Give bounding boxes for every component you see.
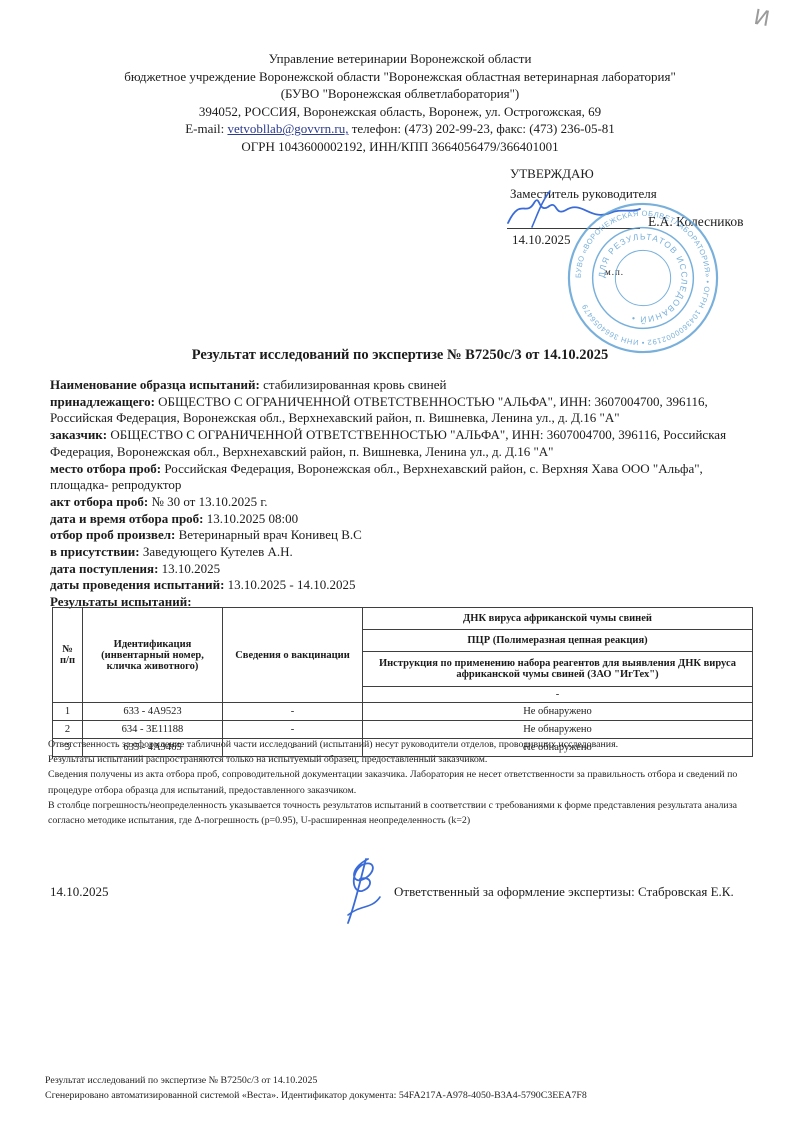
phone-fax: телефон: (473) 202-99-23, факс: (473) 23… <box>348 121 614 136</box>
detail-sampling-act: акт отбора проб: № 30 от 13.10.2025 г. <box>50 494 758 511</box>
result-header-disease: ДНК вируса африканской чумы свиней <box>363 608 753 630</box>
document-page: И Управление ветеринарии Воронежской обл… <box>0 0 800 1132</box>
detail-owner: принадлежащего: ОБЩЕСТВО С ОГРАНИЧЕННОЙ … <box>50 394 758 427</box>
footnote: Результаты испытаний распространяются то… <box>48 752 760 767</box>
org-full-name: бюджетное учреждение Воронежской области… <box>40 68 760 86</box>
detail-sample-name: Наименование образца испытаний: стабилиз… <box>50 377 758 394</box>
page-footer: Результат исследований по экспертизе № В… <box>45 1074 587 1103</box>
row-id: 634 - 3Е11188 <box>83 721 223 739</box>
stamp-ring-text: БУВО «ВОРОНЕЖСКАЯ ОБЛВЕТЛАБОРАТОРИЯ» • О… <box>574 209 713 347</box>
sample-details: Наименование образца испытаний: стабилиз… <box>50 377 758 611</box>
approval-title: УТВЕРЖДАЮ <box>510 166 594 182</box>
detail-sampling-place: место отбора проб: Российская Федерация,… <box>50 461 758 494</box>
result-header-dash: - <box>363 687 753 703</box>
footer-generated-by: Сгенерировано автоматизированной системо… <box>45 1089 587 1104</box>
responsible-signature <box>328 853 400 927</box>
footnote: Сведения получены из акта отбора проб, с… <box>48 767 760 797</box>
detail-received-date: дата поступления: 13.10.2025 <box>50 561 758 578</box>
footer-expertise-ref: Результат исследований по экспертизе № В… <box>45 1074 587 1089</box>
row-result: Не обнаружено <box>363 703 753 721</box>
org-authority: Управление ветеринарии Воронежской облас… <box>40 50 760 68</box>
col-header-vaccination: Сведения о вакцинации <box>223 608 363 703</box>
detail-customer: заказчик: ОБЩЕСТВО С ОГРАНИЧЕННОЙ ОТВЕТС… <box>50 427 758 460</box>
row-result: Не обнаружено <box>363 721 753 739</box>
row-vaccination: - <box>223 703 363 721</box>
row-vaccination: - <box>223 721 363 739</box>
svg-text:ДЛЯ РЕЗУЛЬТАТОВ ИССЛЕДОВАНИЙ •: ДЛЯ РЕЗУЛЬТАТОВ ИССЛЕДОВАНИЙ • <box>596 231 689 325</box>
org-address: 394052, РОССИЯ, Воронежская область, Вор… <box>40 103 760 121</box>
row-num: 1 <box>53 703 83 721</box>
organization-header: Управление ветеринарии Воронежской облас… <box>40 50 760 156</box>
stamp-middle-ring <box>593 228 694 329</box>
signature-stroke-2 <box>532 191 550 227</box>
result-header-method: ПЦР (Полимеразная цепная реакция) <box>363 630 753 652</box>
footnote: Ответственность за оформление табличной … <box>48 737 760 752</box>
result-header-instruction: Инструкция по применению набора реагенто… <box>363 652 753 687</box>
detail-sampler: отбор проб произвел: Ветеринарный врач К… <box>50 527 758 544</box>
handwritten-corner-mark: И <box>752 5 772 31</box>
row-num: 2 <box>53 721 83 739</box>
stamp-inner-text: ДЛЯ РЕЗУЛЬТАТОВ ИССЛЕДОВАНИЙ • <box>596 231 689 325</box>
footnotes: Ответственность за оформление табличной … <box>48 737 760 828</box>
results-table: № п/п Идентификация (инвентарный номер, … <box>52 607 753 757</box>
org-registration-numbers: ОГРН 1043600002192, ИНН/КПП 3664056479/3… <box>40 138 760 156</box>
stamp-inner-ring <box>615 250 670 305</box>
email-label: E-mail: <box>185 121 227 136</box>
stamp-outer-ring <box>569 204 717 352</box>
table-row: 2 634 - 3Е11188 - Не обнаружено <box>53 721 753 739</box>
col-header-num: № п/п <box>53 608 83 703</box>
signoff-date: 14.10.2025 <box>50 884 109 900</box>
email-link[interactable]: vetvobllab@govvrn.ru, <box>227 121 348 136</box>
detail-testing-dates: даты проведения испытаний: 13.10.2025 - … <box>50 577 758 594</box>
col-header-identification: Идентификация (инвентарный номер, кличка… <box>83 608 223 703</box>
org-short-name: (БУВО "Воронежская облветлаборатория") <box>40 85 760 103</box>
footnote: В столбце погрешность/неопределенность у… <box>48 798 760 828</box>
table-row: 1 633 - 4А9523 - Не обнаружено <box>53 703 753 721</box>
round-stamp: БУВО «ВОРОНЕЖСКАЯ ОБЛВЕТЛАБОРАТОРИЯ» • О… <box>564 199 722 357</box>
detail-sampling-datetime: дата и время отбора проб: 13.10.2025 08:… <box>50 511 758 528</box>
signature-stroke <box>354 859 373 891</box>
org-contacts: E-mail: vetvobllab@govvrn.ru, телефон: (… <box>40 120 760 138</box>
row-id: 633 - 4А9523 <box>83 703 223 721</box>
approval-date: 14.10.2025 <box>512 232 571 248</box>
svg-text:БУВО «ВОРОНЕЖСКАЯ ОБЛВЕТЛАБОРА: БУВО «ВОРОНЕЖСКАЯ ОБЛВЕТЛАБОРАТОРИЯ» • О… <box>574 209 713 347</box>
document-title: Результат исследований по экспертизе № В… <box>0 347 800 364</box>
responsible-person: Ответственный за оформление экспертизы: … <box>394 884 734 900</box>
detail-witness: в присутствии: Заведующего Кутелев А.Н. <box>50 544 758 561</box>
